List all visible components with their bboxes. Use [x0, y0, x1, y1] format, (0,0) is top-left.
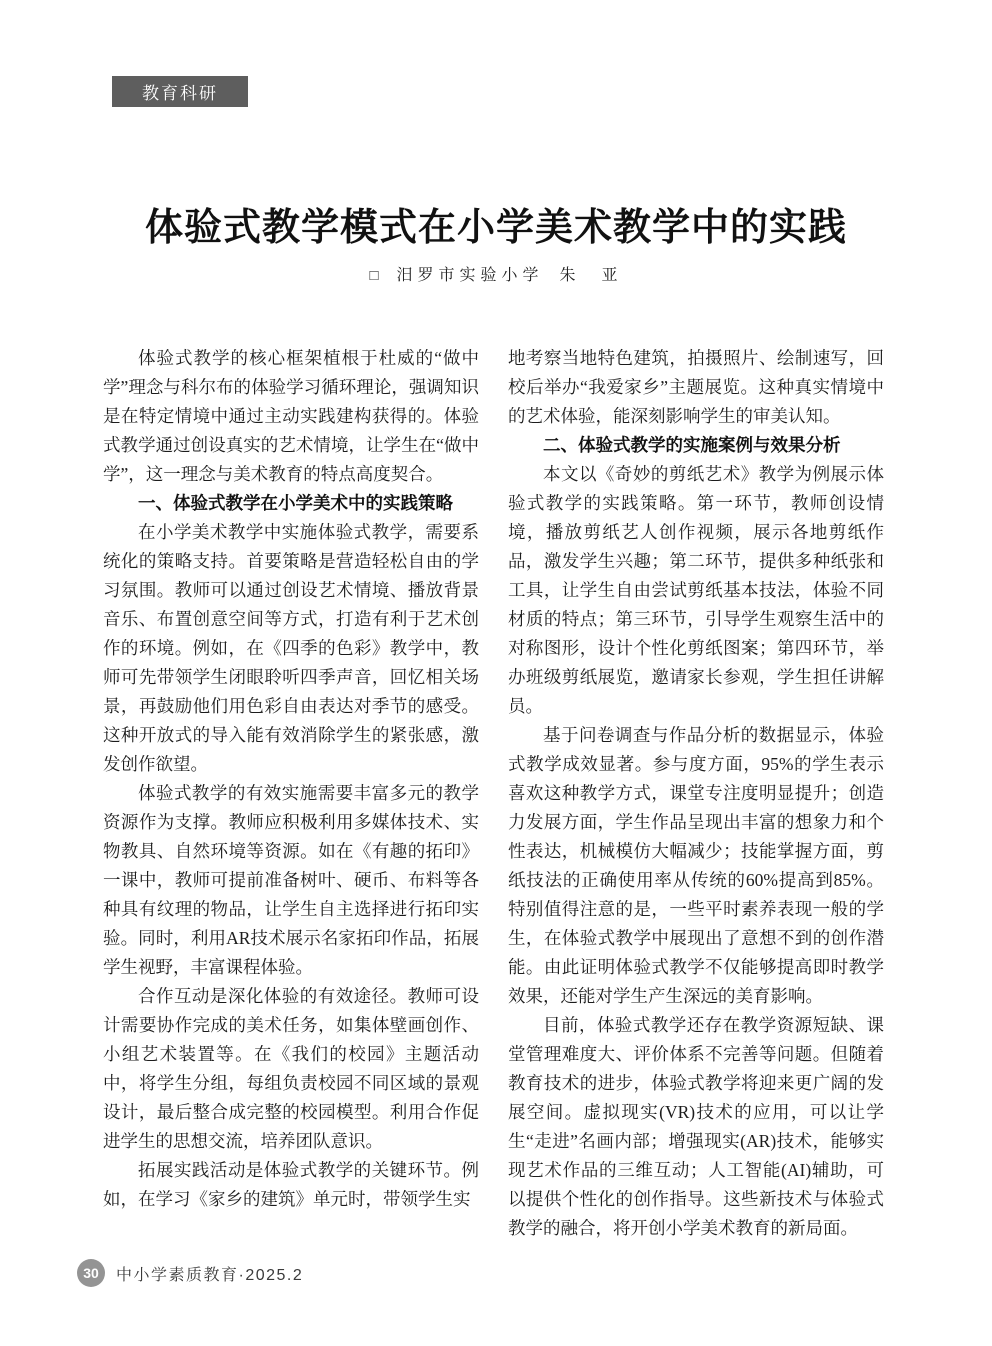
author-affiliation: 汨罗市实验小学 — [397, 267, 544, 284]
paragraph: 体验式教学的有效实施需要丰富多元的教学资源作为支撑。教师应积极利用多媒体技术、实… — [103, 779, 479, 982]
journal-name: 中小学素质教育·2025.2 — [116, 1262, 303, 1285]
byline: □汨罗市实验小学朱 亚 — [0, 262, 992, 285]
section-heading-2: 二、体验式教学的实施案例与效果分析 — [508, 431, 884, 460]
category-badge: 教育科研 — [112, 76, 248, 107]
author-name: 朱 亚 — [560, 267, 623, 284]
section-heading-1: 一、体验式教学在小学美术中的实践策略 — [103, 489, 479, 518]
paragraph: 在小学美术教学中实施体验式教学，需要系统化的策略支持。首要策略是营造轻松自由的学… — [103, 518, 479, 779]
journal-article-page: 教育科研 体验式教学模式在小学美术教学中的实践 □汨罗市实验小学朱 亚 体验式教… — [0, 0, 992, 1346]
paragraph: 本文以《奇妙的剪纸艺术》教学为例展示体验式教学的实践策略。第一环节，教师创设情境… — [508, 460, 884, 721]
page-number-badge: 30 — [77, 1259, 105, 1287]
paragraph: 合作互动是深化体验的有效途径。教师可设计需要协作完成的美术任务，如集体壁画创作、… — [103, 982, 479, 1156]
page-footer: 30 中小学素质教育·2025.2 — [77, 1259, 303, 1287]
paragraph-continuation: 地考察当地特色建筑，拍摄照片、绘制速写，回校后举办“我爱家乡”主题展览。这种真实… — [508, 344, 884, 431]
paragraph: 目前，体验式教学还存在教学资源短缺、课堂管理难度大、评价体系不完善等问题。但随着… — [508, 1011, 884, 1243]
paragraph: 拓展实践活动是体验式教学的关键环节。例如，在学习《家乡的建筑》单元时，带领学生实 — [103, 1156, 479, 1214]
paragraph: 基于问卷调查与作品分析的数据显示，体验式教学成效显著。参与度方面，95%的学生表… — [508, 721, 884, 1011]
right-column: 地考察当地特色建筑，拍摄照片、绘制速写，回校后举办“我爱家乡”主题展览。这种真实… — [508, 344, 884, 1249]
byline-square-icon: □ — [369, 268, 378, 285]
article-body: 体验式教学的核心框架植根于杜威的“做中学”理念与科尔布的体验学习循环理论，强调知… — [103, 344, 885, 1249]
article-title: 体验式教学模式在小学美术教学中的实践 — [0, 196, 992, 251]
paragraph-intro: 体验式教学的核心框架植根于杜威的“做中学”理念与科尔布的体验学习循环理论，强调知… — [103, 344, 479, 489]
left-column: 体验式教学的核心框架植根于杜威的“做中学”理念与科尔布的体验学习循环理论，强调知… — [103, 344, 479, 1249]
